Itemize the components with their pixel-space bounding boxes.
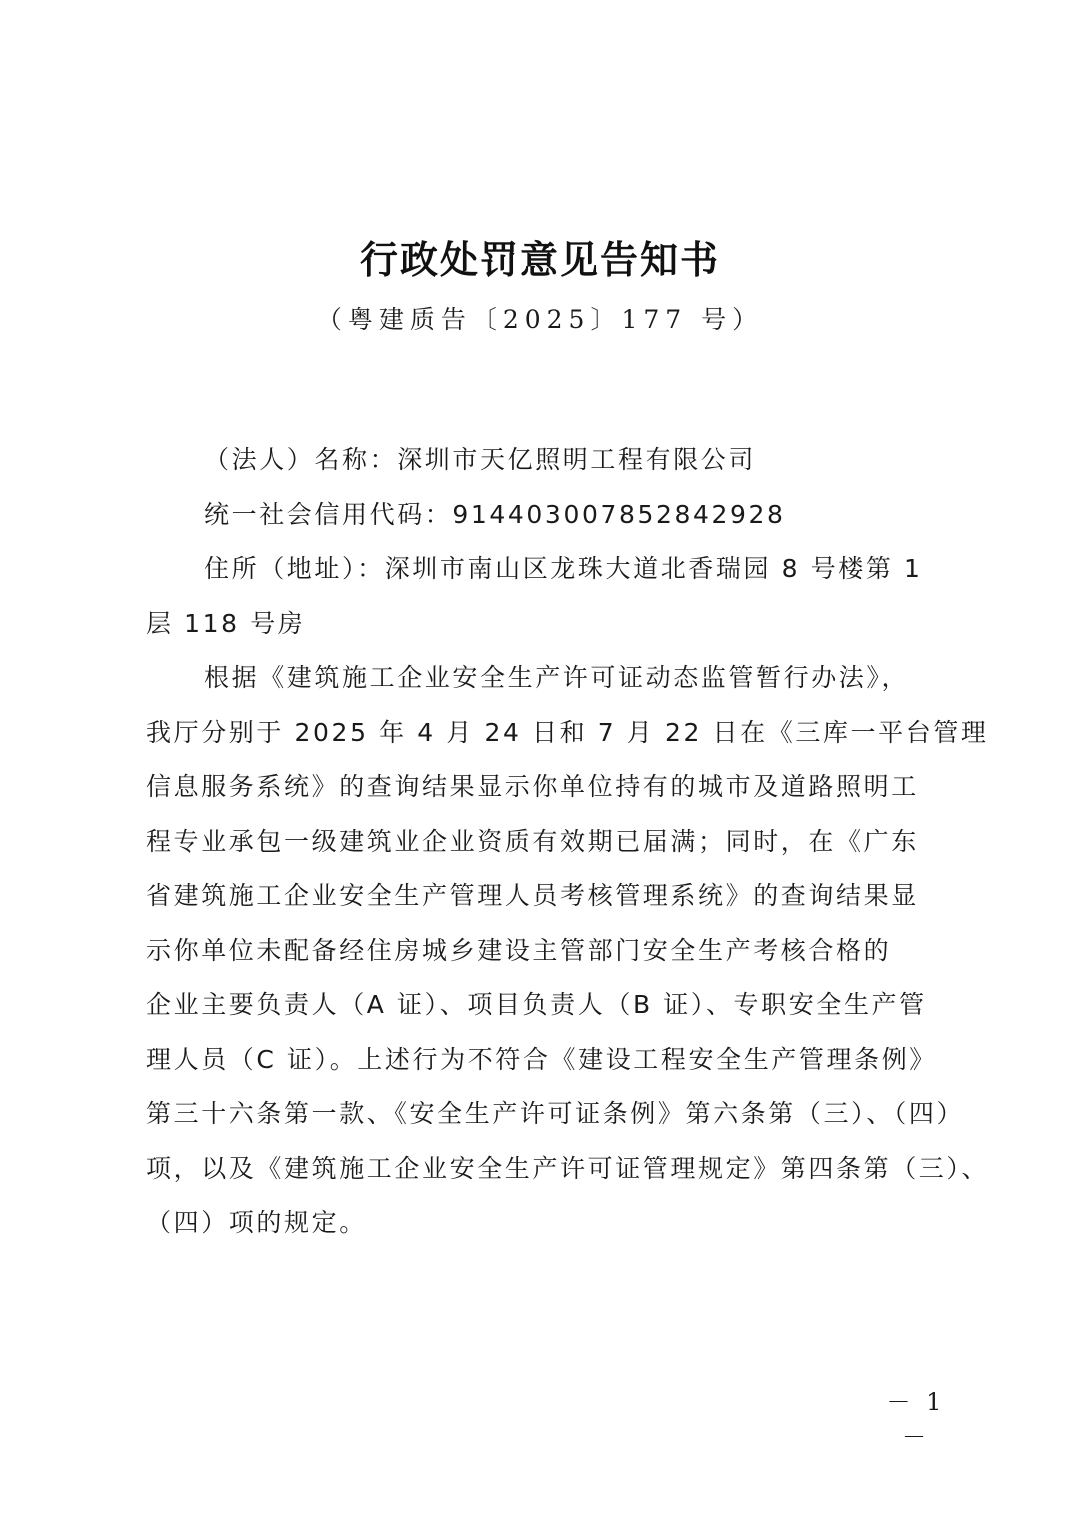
credit-code-value: 914403007852842928 bbox=[452, 500, 785, 529]
credit-code-label: 统一社会信用代码： bbox=[204, 500, 452, 529]
body-line-9: 第三十六条第一款、《安全生产许可证条例》第六条第（三）、（四） bbox=[146, 1087, 946, 1142]
body-line-6: 示你单位未配备经住房城乡建设主管部门安全生产考核合格的 bbox=[146, 924, 946, 979]
credit-code-line: 统一社会信用代码：914403007852842928 bbox=[146, 488, 946, 543]
address-line: 住所（地址）：深圳市南山区龙珠大道北香瑞园 8 号楼第 1 bbox=[146, 542, 946, 597]
address-label: 住所（地址）： bbox=[204, 554, 385, 583]
document-page: 行政处罚意见告知书 （粤建质告〔2025〕177 号） （法人）名称：深圳市天亿… bbox=[0, 0, 1080, 1527]
body-line-8: 理人员（C 证）。上述行为不符合《建设工程安全生产管理条例》 bbox=[146, 1033, 946, 1088]
body-line-3: 信息服务系统》的查询结果显示你单位持有的城市及道路照明工 bbox=[146, 760, 946, 815]
body-line-11: （四）项的规定。 bbox=[146, 1196, 946, 1251]
document-body: （法人）名称：深圳市天亿照明工程有限公司 统一社会信用代码：9144030078… bbox=[146, 433, 946, 1251]
company-name-line: （法人）名称：深圳市天亿照明工程有限公司 bbox=[146, 433, 946, 488]
body-line-7: 企业主要负责人（A 证）、项目负责人（B 证）、专职安全生产管 bbox=[146, 978, 946, 1033]
body-line-2: 我厅分别于 2025 年 4 月 24 日和 7 月 22 日在《三库一平台管理 bbox=[146, 706, 946, 761]
address-value-line1: 深圳市南山区龙珠大道北香瑞园 8 号楼第 1 bbox=[385, 554, 923, 583]
document-number: （粤建质告〔2025〕177 号） bbox=[0, 300, 1080, 340]
address-value-line2: 层 118 号房 bbox=[146, 597, 946, 652]
body-line-5: 省建筑施工企业安全生产管理人员考核管理系统》的查询结果显 bbox=[146, 869, 946, 924]
company-name-label: （法人）名称： bbox=[204, 445, 397, 474]
body-line-4: 程专业承包一级建筑业企业资质有效期已届满；同时，在《广东 bbox=[146, 815, 946, 870]
body-line-1: 根据《建筑施工企业安全生产许可证动态监管暂行办法》， bbox=[146, 651, 946, 706]
company-name-value: 深圳市天亿照明工程有限公司 bbox=[397, 445, 756, 474]
document-title: 行政处罚意见告知书 bbox=[0, 232, 1080, 288]
body-line-10: 项，以及《建筑施工企业安全生产许可证管理规定》第四条第（三）、 bbox=[146, 1142, 946, 1197]
page-number: － 1 － bbox=[876, 1382, 956, 1452]
